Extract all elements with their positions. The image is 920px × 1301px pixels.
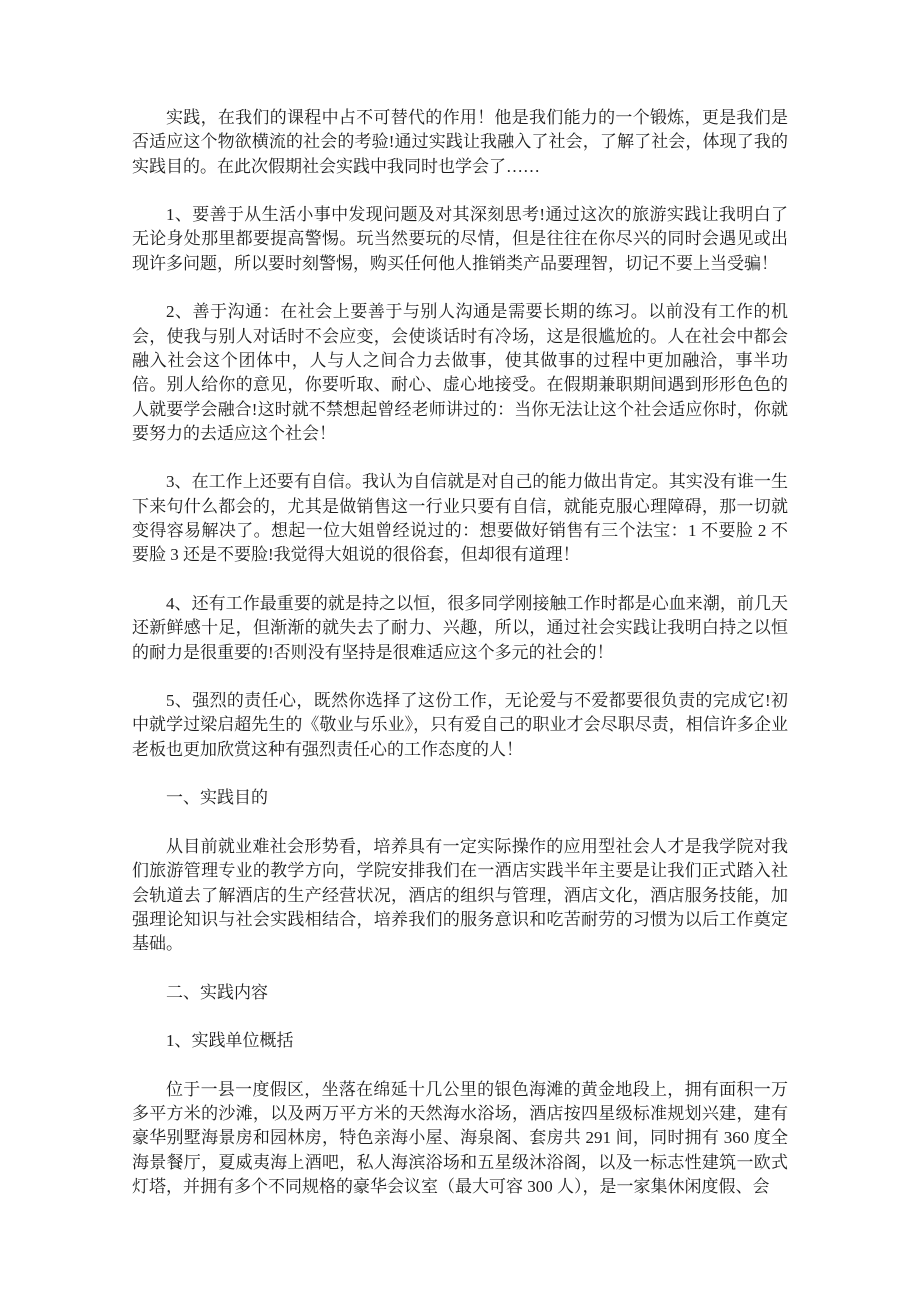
heading-practice-unit-overview: 1、实践单位概括 <box>132 1029 788 1053</box>
paragraph-point-3: 3、在工作上还要有自信。我认为自信就是对自己的能力做出肯定。其实没有谁一生下来句… <box>132 470 788 567</box>
document-page: 实践，在我们的课程中占不可替代的作用！他是我们能力的一个锻炼，更是我们是否适应这… <box>0 0 920 1301</box>
paragraph-point-1: 1、要善于从生活小事中发现问题及对其深刻思考!通过这次的旅游实践让我明白了无论身… <box>132 203 788 276</box>
paragraph-point-5: 5、强烈的责任心，既然你选择了这份工作，无论爱与不爱都要很负责的完成它!初中就学… <box>132 689 788 762</box>
heading-practice-content: 二、实践内容 <box>132 981 788 1005</box>
paragraph-intro: 实践，在我们的课程中占不可替代的作用！他是我们能力的一个锻炼，更是我们是否适应这… <box>132 106 788 179</box>
paragraph-point-2: 2、善于沟通：在社会上要善于与别人沟通是需要长期的练习。以前没有工作的机会，使我… <box>132 300 788 446</box>
heading-practice-purpose: 一、实践目的 <box>132 786 788 810</box>
paragraph-practice-unit-overview: 位于一县一度假区，坐落在绵延十几公里的银色海滩的黄金地段上，拥有面积一万多平方米… <box>132 1078 788 1199</box>
paragraph-point-4: 4、还有工作最重要的就是持之以恒，很多同学刚接触工作时都是心血来潮，前几天还新鲜… <box>132 592 788 665</box>
paragraph-practice-purpose: 从目前就业难社会形势看，培养具有一定实际操作的应用型社会人才是我学院对我们旅游管… <box>132 835 788 956</box>
